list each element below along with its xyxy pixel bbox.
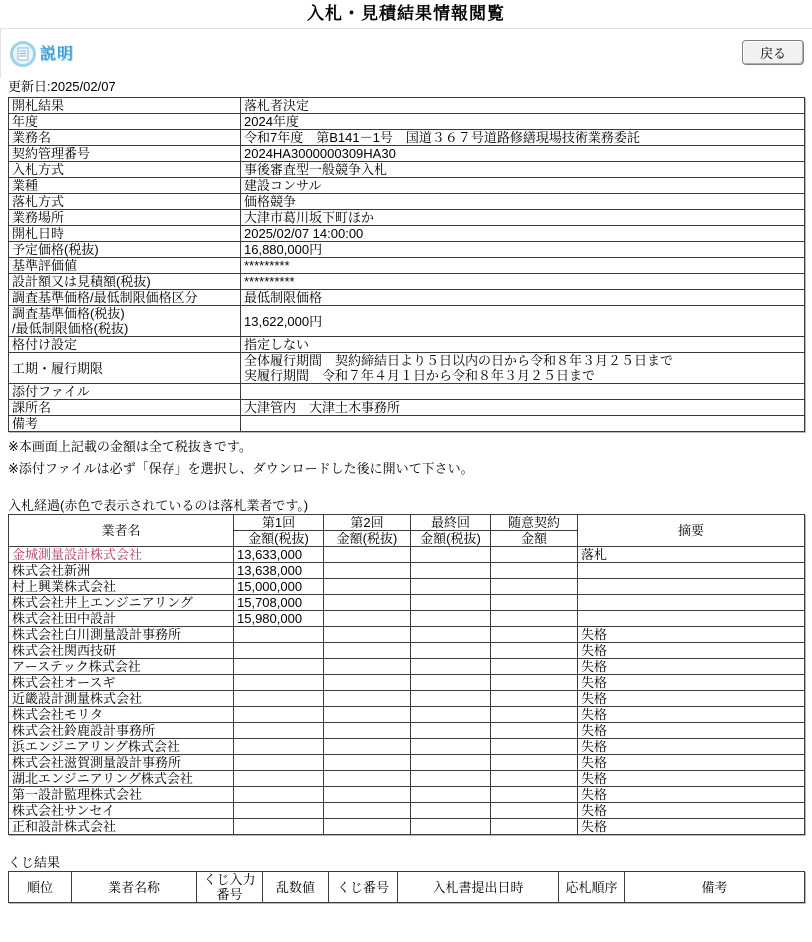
- round2-amount-cell: [324, 691, 411, 707]
- detail-value-cell: 13,622,000円: [241, 306, 805, 337]
- bid-col-negotiated-amount: 金額: [491, 531, 578, 547]
- detail-value-cell: 落札者決定: [241, 98, 805, 114]
- round2-amount-cell: [324, 787, 411, 803]
- remark-cell: 失格: [578, 819, 805, 835]
- negotiated-amount-cell: [491, 579, 578, 595]
- final-amount-cell: [411, 611, 491, 627]
- vendor-name-cell: 株式会社オースギ: [9, 675, 234, 691]
- negotiated-amount-cell: [491, 787, 578, 803]
- note-tax-exclusive: ※本画面上記載の金額は全て税抜きです。: [8, 439, 812, 454]
- detail-value-cell: *********: [241, 258, 805, 274]
- round1-amount-cell: 15,980,000: [234, 611, 324, 627]
- detail-row: 添付ファイル: [9, 384, 805, 400]
- remark-cell: 失格: [578, 723, 805, 739]
- round2-amount-cell: [324, 547, 411, 563]
- negotiated-amount-cell: [491, 691, 578, 707]
- detail-label-cell: 契約管理番号: [9, 146, 241, 162]
- final-amount-cell: [411, 627, 491, 643]
- detail-row: 基準評価値 *********: [9, 258, 805, 274]
- lottery-col-rank: 順位: [9, 872, 72, 903]
- bid-row: 近畿設計測量株式会社 失格: [9, 691, 805, 707]
- detail-label-cell: 格付け設定: [9, 337, 241, 353]
- negotiated-amount-cell: [491, 659, 578, 675]
- round1-amount-cell: [234, 803, 324, 819]
- detail-row: 開札結果 落札者決定: [9, 98, 805, 114]
- detail-label-cell: 基準評価値: [9, 258, 241, 274]
- detail-value-cell: [241, 416, 805, 432]
- detail-value-cell: 全体履行期間 契約締結日より５日以内の日から令和８年３月２５日まで 実履行期間 …: [241, 353, 805, 384]
- final-amount-cell: [411, 771, 491, 787]
- bid-row: 株式会社鈴鹿設計事務所 失格: [9, 723, 805, 739]
- detail-label-cell: 落札方式: [9, 194, 241, 210]
- detail-label-cell: 設計額又は見積額(税抜): [9, 274, 241, 290]
- remark-cell: 失格: [578, 787, 805, 803]
- bid-row: 株式会社オースギ 失格: [9, 675, 805, 691]
- detail-value-cell: **********: [241, 274, 805, 290]
- round2-amount-cell: [324, 707, 411, 723]
- detail-value-cell: 2024HA3000000309HA30: [241, 146, 805, 162]
- final-amount-cell: [411, 643, 491, 659]
- detail-value-cell: 指定しない: [241, 337, 805, 353]
- detail-row: 年度 2024年度: [9, 114, 805, 130]
- detail-value-cell: 16,880,000円: [241, 242, 805, 258]
- round1-amount-cell: 15,708,000: [234, 595, 324, 611]
- lottery-col-random-value: 乱数値: [263, 872, 329, 903]
- bid-col-round2: 第2回: [324, 515, 411, 531]
- round1-amount-cell: [234, 771, 324, 787]
- remark-cell: [578, 579, 805, 595]
- detail-label-cell: 調査基準価格/最低制限価格区分: [9, 290, 241, 306]
- final-amount-cell: [411, 675, 491, 691]
- note-attachment-save: ※添付ファイルは必ず「保存」を選択し、ダウンロードした後に開いて下さい。: [8, 461, 812, 476]
- detail-row: 業務名 令和7年度 第B141－1号 国道３６７号道路修繕現場技術業務委託: [9, 130, 805, 146]
- round1-amount-cell: 13,638,000: [234, 563, 324, 579]
- final-amount-cell: [411, 755, 491, 771]
- detail-value-cell: 2024年度: [241, 114, 805, 130]
- back-button[interactable]: 戻る: [742, 40, 804, 65]
- bid-row: 株式会社モリタ 失格: [9, 707, 805, 723]
- round2-amount-cell: [324, 771, 411, 787]
- final-amount-cell: [411, 547, 491, 563]
- detail-label-cell: 工期・履行期限: [9, 353, 241, 384]
- detail-value-cell: 大津管内 大津土木事務所: [241, 400, 805, 416]
- round2-amount-cell: [324, 739, 411, 755]
- remark-cell: 失格: [578, 675, 805, 691]
- bid-row: 湖北エンジニアリング株式会社 失格: [9, 771, 805, 787]
- detail-label-cell: 業務場所: [9, 210, 241, 226]
- vendor-name-cell: 浜エンジニアリング株式会社: [9, 739, 234, 755]
- round1-amount-cell: [234, 739, 324, 755]
- bid-row: 第一設計監理株式会社 失格: [9, 787, 805, 803]
- bid-row: 株式会社井上エンジニアリング 15,708,000: [9, 595, 805, 611]
- remark-cell: 失格: [578, 739, 805, 755]
- detail-label-cell: 調査基準価格(税抜) /最低制限価格(税抜): [9, 306, 241, 337]
- round1-amount-cell: [234, 723, 324, 739]
- negotiated-amount-cell: [491, 627, 578, 643]
- vendor-name-cell: 株式会社関西技研: [9, 643, 234, 659]
- lottery-col-remarks: 備考: [625, 872, 805, 903]
- bid-col-vendor: 業者名: [9, 515, 234, 547]
- negotiated-amount-cell: [491, 755, 578, 771]
- bid-col-remarks: 摘要: [578, 515, 805, 547]
- final-amount-cell: [411, 739, 491, 755]
- detail-row: 落札方式 価格競争: [9, 194, 805, 210]
- detail-label-cell: 年度: [9, 114, 241, 130]
- detail-row: 備考: [9, 416, 805, 432]
- negotiated-amount-cell: [491, 819, 578, 835]
- negotiated-amount-cell: [491, 723, 578, 739]
- bid-row: 村上興業株式会社 15,000,000: [9, 579, 805, 595]
- negotiated-amount-cell: [491, 707, 578, 723]
- detail-row: 契約管理番号 2024HA3000000309HA30: [9, 146, 805, 162]
- round1-amount-cell: [234, 819, 324, 835]
- detail-value-cell: 2025/02/07 14:00:00: [241, 226, 805, 242]
- final-amount-cell: [411, 787, 491, 803]
- round2-amount-cell: [324, 627, 411, 643]
- lottery-table: 順位 業者名称 くじ入力番号 乱数値 くじ番号 入札書提出日時 応札順序 備考: [8, 871, 805, 903]
- bid-header-row-1: 業者名 第1回 第2回 最終回 随意契約 摘要: [9, 515, 805, 531]
- round2-amount-cell: [324, 611, 411, 627]
- bid-row: 浜エンジニアリング株式会社 失格: [9, 739, 805, 755]
- round1-amount-cell: [234, 707, 324, 723]
- bid-col-final: 最終回: [411, 515, 491, 531]
- remark-cell: 失格: [578, 707, 805, 723]
- bid-row: 株式会社白川測量設計事務所 失格: [9, 627, 805, 643]
- details-table: 開札結果 落札者決定 年度 2024年度 業務名 令和7年度 第B141－1号 …: [8, 97, 805, 432]
- final-amount-cell: [411, 595, 491, 611]
- round2-amount-cell: [324, 819, 411, 835]
- bid-col-round1-amount: 金額(税抜): [234, 531, 324, 547]
- round1-amount-cell: 15,000,000: [234, 579, 324, 595]
- round1-amount-cell: [234, 659, 324, 675]
- round1-amount-cell: 13,633,000: [234, 547, 324, 563]
- round2-amount-cell: [324, 675, 411, 691]
- detail-label-cell: 業務名: [9, 130, 241, 146]
- document-circle-icon: [9, 40, 37, 68]
- final-amount-cell: [411, 723, 491, 739]
- round2-amount-cell: [324, 579, 411, 595]
- vendor-name-cell: 村上興業株式会社: [9, 579, 234, 595]
- final-amount-cell: [411, 579, 491, 595]
- round1-amount-cell: [234, 643, 324, 659]
- negotiated-amount-cell: [491, 595, 578, 611]
- lottery-col-entry-number: くじ入力番号: [197, 872, 263, 903]
- detail-row: 業種 建設コンサル: [9, 178, 805, 194]
- round2-amount-cell: [324, 659, 411, 675]
- vendor-name-cell: 近畿設計測量株式会社: [9, 691, 234, 707]
- negotiated-amount-cell: [491, 563, 578, 579]
- updated-date: 更新日:2025/02/07: [8, 79, 812, 94]
- detail-row: 調査基準価格(税抜) /最低制限価格(税抜) 13,622,000円: [9, 306, 805, 337]
- vendor-name-cell: 株式会社新洲: [9, 563, 234, 579]
- detail-value-cell: 事後審査型一般競争入札: [241, 162, 805, 178]
- bid-row: 正和設計株式会社 失格: [9, 819, 805, 835]
- bid-row: 株式会社関西技研 失格: [9, 643, 805, 659]
- detail-row: 格付け設定 指定しない: [9, 337, 805, 353]
- bid-row: 株式会社新洲 13,638,000: [9, 563, 805, 579]
- round1-amount-cell: [234, 627, 324, 643]
- vendor-name-cell: 金城測量設計株式会社: [9, 547, 234, 563]
- detail-row: 入札方式 事後審査型一般競争入札: [9, 162, 805, 178]
- remark-cell: 失格: [578, 803, 805, 819]
- round1-amount-cell: [234, 675, 324, 691]
- remark-cell: 落札: [578, 547, 805, 563]
- remark-cell: 失格: [578, 643, 805, 659]
- remark-cell: 失格: [578, 627, 805, 643]
- bid-col-negotiated: 随意契約: [491, 515, 578, 531]
- detail-row: 開札日時 2025/02/07 14:00:00: [9, 226, 805, 242]
- page-title: 入札・見積結果情報閲覧: [0, 0, 812, 28]
- bid-row: 株式会社サンセイ 失格: [9, 803, 805, 819]
- bid-row: 金城測量設計株式会社 13,633,000 落札: [9, 547, 805, 563]
- detail-value-cell: 建設コンサル: [241, 178, 805, 194]
- help-button[interactable]: 説明: [9, 40, 74, 68]
- lottery-col-lot-number: くじ番号: [329, 872, 398, 903]
- negotiated-amount-cell: [491, 803, 578, 819]
- remark-cell: 失格: [578, 755, 805, 771]
- remark-cell: 失格: [578, 771, 805, 787]
- bid-col-round2-amount: 金額(税抜): [324, 531, 411, 547]
- bid-row: 株式会社田中設計 15,980,000: [9, 611, 805, 627]
- round1-amount-cell: [234, 787, 324, 803]
- negotiated-amount-cell: [491, 611, 578, 627]
- detail-row: 設計額又は見積額(税抜) **********: [9, 274, 805, 290]
- detail-label-cell: 業種: [9, 178, 241, 194]
- lottery-section-label: くじ結果: [8, 855, 812, 870]
- lottery-col-vendor: 業者名称: [72, 872, 197, 903]
- detail-label-cell: 課所名: [9, 400, 241, 416]
- final-amount-cell: [411, 563, 491, 579]
- help-button-label: 説明: [40, 47, 74, 62]
- detail-value-cell: 価格競争: [241, 194, 805, 210]
- round2-amount-cell: [324, 595, 411, 611]
- vendor-name-cell: 第一設計監理株式会社: [9, 787, 234, 803]
- negotiated-amount-cell: [491, 771, 578, 787]
- detail-row: 課所名 大津管内 大津土木事務所: [9, 400, 805, 416]
- bid-col-final-amount: 金額(税抜): [411, 531, 491, 547]
- lottery-col-bid-order: 応札順序: [559, 872, 625, 903]
- vendor-name-cell: 湖北エンジニアリング株式会社: [9, 771, 234, 787]
- round2-amount-cell: [324, 563, 411, 579]
- bid-col-round1: 第1回: [234, 515, 324, 531]
- final-amount-cell: [411, 707, 491, 723]
- round2-amount-cell: [324, 643, 411, 659]
- final-amount-cell: [411, 819, 491, 835]
- lottery-col-submit-datetime: 入札書提出日時: [398, 872, 559, 903]
- detail-value-cell: [241, 384, 805, 400]
- detail-row: 業務場所 大津市葛川坂下町ほか: [9, 210, 805, 226]
- detail-row: 工期・履行期限 全体履行期間 契約締結日より５日以内の日から令和８年３月２５日ま…: [9, 353, 805, 384]
- lottery-header-row: 順位 業者名称 くじ入力番号 乱数値 くじ番号 入札書提出日時 応札順序 備考: [9, 872, 805, 903]
- round1-amount-cell: [234, 755, 324, 771]
- bid-row: アーステック株式会社 失格: [9, 659, 805, 675]
- vendor-name-cell: 株式会社井上エンジニアリング: [9, 595, 234, 611]
- final-amount-cell: [411, 691, 491, 707]
- round1-amount-cell: [234, 691, 324, 707]
- vendor-name-cell: アーステック株式会社: [9, 659, 234, 675]
- detail-row: 調査基準価格/最低制限価格区分 最低制限価格: [9, 290, 805, 306]
- detail-label-cell: 開札結果: [9, 98, 241, 114]
- detail-row: 予定価格(税抜) 16,880,000円: [9, 242, 805, 258]
- remark-cell: 失格: [578, 659, 805, 675]
- detail-label-cell: 備考: [9, 416, 241, 432]
- bid-row: 株式会社滋賀測量設計事務所 失格: [9, 755, 805, 771]
- detail-value-cell: 大津市葛川坂下町ほか: [241, 210, 805, 226]
- detail-value-cell: 令和7年度 第B141－1号 国道３６７号道路修繕現場技術業務委託: [241, 130, 805, 146]
- vendor-name-cell: 正和設計株式会社: [9, 819, 234, 835]
- detail-label-cell: 開札日時: [9, 226, 241, 242]
- detail-label-cell: 入札方式: [9, 162, 241, 178]
- vendor-name-cell: 株式会社滋賀測量設計事務所: [9, 755, 234, 771]
- final-amount-cell: [411, 803, 491, 819]
- detail-label-cell: 添付ファイル: [9, 384, 241, 400]
- remark-cell: 失格: [578, 691, 805, 707]
- negotiated-amount-cell: [491, 643, 578, 659]
- final-amount-cell: [411, 659, 491, 675]
- remark-cell: [578, 611, 805, 627]
- remark-cell: [578, 595, 805, 611]
- vendor-name-cell: 株式会社白川測量設計事務所: [9, 627, 234, 643]
- remark-cell: [578, 563, 805, 579]
- toolbar: 説明 戻る: [0, 28, 812, 78]
- negotiated-amount-cell: [491, 547, 578, 563]
- detail-label-cell: 予定価格(税抜): [9, 242, 241, 258]
- round2-amount-cell: [324, 803, 411, 819]
- bid-history-section-label: 入札経過(赤色で表示されているのは落札業者です。): [8, 498, 812, 513]
- vendor-name-cell: 株式会社モリタ: [9, 707, 234, 723]
- negotiated-amount-cell: [491, 739, 578, 755]
- detail-value-cell: 最低制限価格: [241, 290, 805, 306]
- negotiated-amount-cell: [491, 675, 578, 691]
- vendor-name-cell: 株式会社田中設計: [9, 611, 234, 627]
- round2-amount-cell: [324, 723, 411, 739]
- vendor-name-cell: 株式会社サンセイ: [9, 803, 234, 819]
- bid-history-table: 業者名 第1回 第2回 最終回 随意契約 摘要 金額(税抜) 金額(税抜) 金額…: [8, 514, 805, 835]
- vendor-name-cell: 株式会社鈴鹿設計事務所: [9, 723, 234, 739]
- round2-amount-cell: [324, 755, 411, 771]
